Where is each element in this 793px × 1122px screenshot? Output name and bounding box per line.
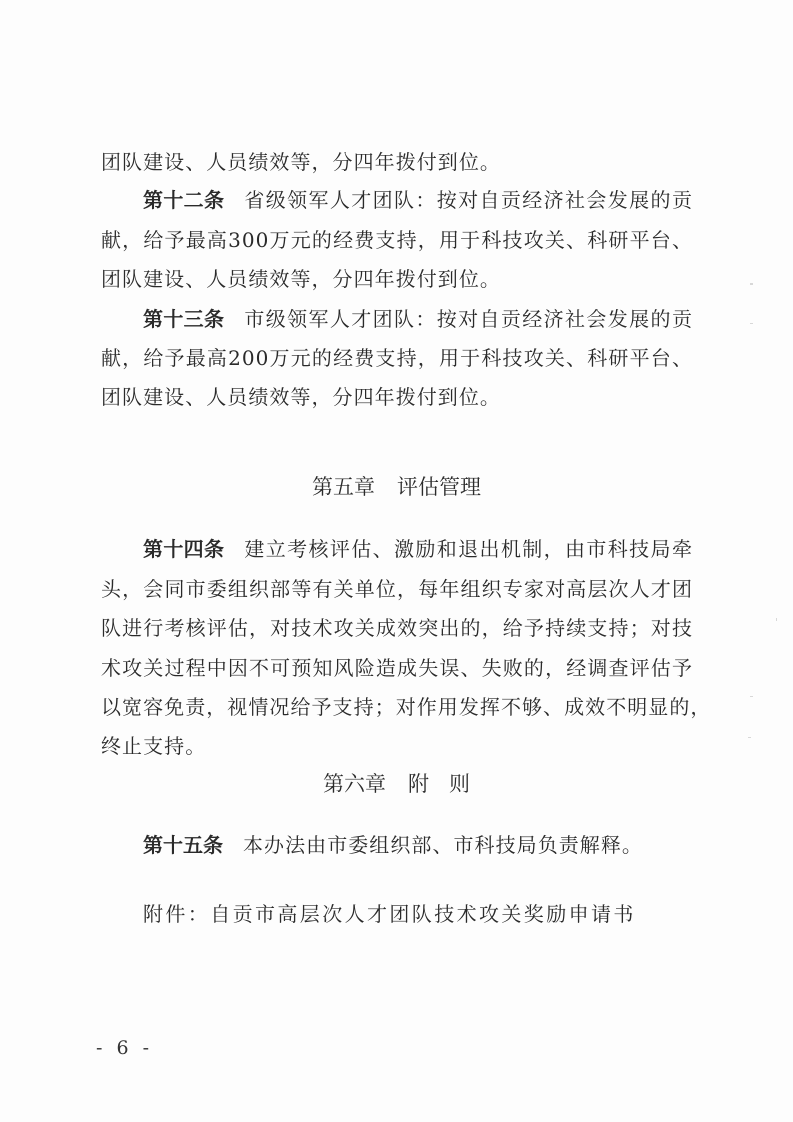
article-14-line-5: 以宽容免责，视情况给予支持；对作用发挥不够、成效不明显的，: [101, 695, 693, 719]
article-label: 第十五条: [143, 833, 223, 857]
scan-speck: [750, 283, 753, 285]
article-14-line-3: 队进行考核评估，对技术攻关成效突出的，给予持续支持；对技: [101, 616, 693, 640]
attachment-label: 附件：: [143, 902, 210, 926]
article-12-line-1: 第十二条省级领军人才团队：按对自贡经济社会发展的贡: [143, 188, 693, 212]
article-13-line-2: 献，给予最高200万元的经费支持，用于科技攻关、科研平台、: [101, 346, 693, 370]
article-12-line-3: 团队建设、人员绩效等，分四年拨付到位。: [101, 267, 693, 291]
page-number: - 6 -: [96, 1036, 153, 1060]
chapter-title-part: 附: [408, 772, 429, 796]
paragraph-line: 团队建设、人员绩效等，分四年拨付到位。: [101, 150, 693, 174]
chapter-number: 第六章: [323, 772, 386, 796]
scan-speck: [750, 696, 753, 697]
article-14-line-2: 头，会同市委组织部等有关单位，每年组织专家对高层次人才团: [101, 577, 693, 601]
article-15-line-1: 第十五条本办法由市委组织部、市科技局负责解释。: [143, 833, 693, 857]
article-12-line-2: 献，给予最高300万元的经费支持，用于科技攻关、科研平台、: [101, 228, 693, 252]
article-13-line-1: 第十三条市级领军人才团队：按对自贡经济社会发展的贡: [143, 307, 693, 331]
attachment-title: 自贡市高层次人才团队技术攻关奖励申请书: [210, 902, 636, 926]
scan-speck: [750, 323, 753, 324]
article-label: 第十三条: [143, 307, 224, 331]
attachment-line: 附件：自贡市高层次人才团队技术攻关奖励申请书: [143, 902, 693, 926]
article-text: 本办法由市委组织部、市科技局负责解释。: [243, 833, 643, 857]
article-text: 省级领军人才团队：按对自贡经济社会发展的贡: [244, 188, 693, 212]
article-text: 市级领军人才团队：按对自贡经济社会发展的贡: [244, 307, 693, 331]
document-page: 团队建设、人员绩效等，分四年拨付到位。 第十二条省级领军人才团队：按对自贡经济社…: [0, 0, 793, 1122]
chapter-number: 第五章: [312, 475, 375, 499]
chapter-heading-5: 第五章评估管理: [0, 474, 793, 500]
article-13-line-3: 团队建设、人员绩效等，分四年拨付到位。: [101, 385, 693, 409]
article-label: 第十二条: [143, 188, 224, 212]
article-label: 第十四条: [143, 537, 224, 561]
chapter-heading-6: 第六章附则: [0, 771, 793, 797]
scan-speck: [776, 618, 777, 621]
article-14-line-1: 第十四条建立考核评估、激励和退出机制，由市科技局牵: [143, 537, 693, 561]
article-14-line-4: 术攻关过程中因不可预知风险造成失误、失败的，经调查评估予: [101, 656, 693, 680]
scan-speck: [748, 737, 751, 738]
chapter-title-part: 则: [449, 772, 470, 796]
article-text: 建立考核评估、激励和退出机制，由市科技局牵: [244, 537, 693, 561]
article-14-line-6: 终止支持。: [101, 734, 693, 758]
chapter-title: 评估管理: [397, 475, 481, 499]
